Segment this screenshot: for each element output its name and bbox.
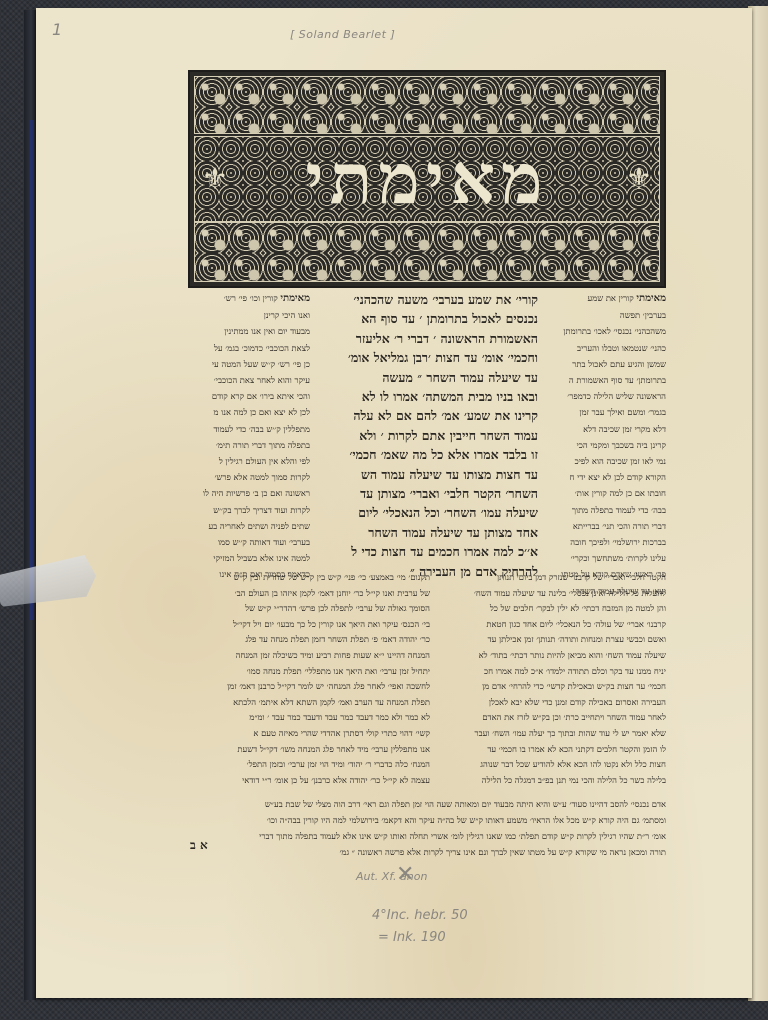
commentary-left-column: מאימתי קורין וכו׳ פי׳ רש׳ ואנו היכי קרינ… — [186, 290, 310, 583]
owner-pencil-note: [ Soland Bearlet ] — [290, 28, 395, 41]
mishnah-line: עד שיעלה עמוד השחר ״ מעשה — [316, 368, 538, 387]
commentary-line: בערבי׳ ועוד דאותה ק׳׳ש סמו — [186, 534, 310, 550]
printer-signature: א ב — [190, 838, 208, 853]
commentary-line: המנח׳ כלה כדברי ר׳ יהוד׳ ומיד הוי זמן ער… — [186, 757, 430, 773]
lower-commentary-left: תקנום׳ מי׳ באמצע׳ כי׳ פני׳ ק״ש בין ק״ש ש… — [186, 570, 430, 788]
bottom-commentary-block: אדם נכנסי׳ להסב דהיינו סעוד׳ ע״ש והיא הי… — [186, 796, 666, 860]
commentary-line: הסומך גאולה של ערבי׳ לתפלה לכן פרש׳ דהדר… — [186, 601, 430, 617]
commentary-line: ואנו היכי קרינן — [186, 307, 310, 323]
title-word: מאימתי — [235, 137, 619, 221]
commentary-line: בערבין׳ תפשה — [544, 307, 666, 323]
mishnah-line: קורי׳ את שמע בערבי׳ משעה שהכהני׳ — [316, 290, 538, 309]
commentary-line: תפלת המנחה עד הערב ואמ׳ לקמן השתא דלא אי… — [186, 695, 430, 711]
commentary-line: משהכהני׳ נכנסי׳ לאכו׳ בתרומתן — [544, 323, 666, 339]
commentary-line: עצמה לא קי״ל כר׳ יהודה אלא כרבנן׳ על כן … — [186, 773, 430, 789]
commentary-line: בבה׳ כדי לעמוד בתפלה מתוך — [544, 502, 666, 518]
commentary-line: שתים לפניה ושתים לאחריה בע — [186, 518, 310, 534]
commentary-line: לאחר עמוד השחר ויתחייב כרת׳ וכן בק״ש לזר… — [436, 710, 666, 726]
commentary-line: לכן לא יצא ואם כן למה אנו מ — [186, 404, 310, 420]
commentary-line: עלינו לקרות׳ משתחשך וכקרי׳ — [544, 550, 666, 566]
cataloguer-pencil-note: Aut. Xf. anon — [356, 870, 427, 883]
commentary-line: כר׳ יהודה דאמ׳ פ׳ תפלת השחר דזמן תפלת מנ… — [186, 632, 430, 648]
commentary-line: הראשונה שליש הלילה כדמפר׳ — [544, 388, 666, 404]
commentary-line: ראשונה ואם כן ב׳ פרשיות היה לו — [186, 485, 310, 501]
commentary-line: שמשן והגיע עתם לאכול בתר — [544, 356, 666, 372]
commentary-line: לא כמר ולא כמר דעבד כמר עבד ודעבד כמר עב… — [186, 710, 430, 726]
commentary-line: ואשם וכבשי עצרת ומנחות ותודה׳ תנותן׳ זמן… — [436, 632, 666, 648]
blue-bookmark-ribbon — [30, 120, 34, 620]
commentary-line: אנו מתפללין ערבי׳ מיד לאחר פלג המנחה משו… — [186, 742, 430, 758]
commentary-line: קרינן ביה בשכבך ומקמי הכי — [544, 437, 666, 453]
mishnah-line: שיעלה עמו׳ השחר׳ וכל הנאכלי׳ ליום — [316, 503, 538, 522]
commentary-line: לקרות ועוד דצריך לברך בק׳׳ש — [186, 502, 310, 518]
mishnah-line: קרינו את שמע׳ אמ׳ להם אם לא עלה — [316, 406, 538, 425]
commentary-line: נמי לאו זמן שכיבה הוא לפיכ — [544, 453, 666, 469]
mishnah-line: א׳׳כ למה אמרו חכמים עד חצות כדי ל — [316, 542, 538, 561]
commentary-line: והן למטה מן המזבח דכתי׳ לא ילין לבקר׳ חל… — [436, 601, 666, 617]
fleur-de-lis-icon: ⚜ — [195, 137, 235, 221]
commentary-line: חצות כלל ולא נקטו להו הכא אלא להודיע שכל… — [436, 757, 666, 773]
mishnah-line: נכנסים לאכול בתרומתן ׳ עד סוף הא — [316, 309, 538, 328]
commentary-line: ומסתמ׳ גם היה קורא ק״ש מכל אלו הראיו׳ מש… — [186, 812, 666, 828]
mishnah-line: האשמורת הראשונה ׳ דברי ר׳ אליעזר — [316, 329, 538, 348]
commentary-line: חובתו אם כן למה קורין אות׳ — [544, 485, 666, 501]
commentary-line: אדם נכנסי׳ להסב דהיינו סעוד׳ ע״ש והיא הי… — [186, 796, 666, 812]
commentary-right-column: מאימתי קורין את שמע בערבין׳ תפשה משהכהני… — [544, 290, 666, 599]
commentary-line: חכמי׳ עד חצות בק״ש ובאכילת קדשי׳ כדי להר… — [436, 679, 666, 695]
commentary-line: כן פי׳ רש׳ ק׳׳ש שעל המטה עי — [186, 356, 310, 372]
floral-ornament-band-bottom — [194, 222, 660, 282]
mishnah-line: השחר׳ הקטר חלבי׳ ואברי׳ מצותן עד — [316, 484, 538, 503]
shelfmark-note: 4°Inc. hebr. 50 — [372, 908, 468, 923]
mishnah-line: עד חצות מצותו עד שיעלה עמוד הש — [316, 465, 538, 484]
commentary-line: למטה אינו אלא בשביל המזיקי — [186, 550, 310, 566]
commentary-line: העבירה ואסרום באכילה קודם זמנן כדי שלא י… — [436, 695, 666, 711]
commentary-line: מתפללין ק׳׳ש בבה׳ כדי לעמוד — [186, 421, 310, 437]
mishnah-line: וחכמי׳ אומ׳ עד חצות ׳רבן גמליאל אומ׳ — [316, 348, 538, 367]
commentary-line: בתרומתן׳ עד סוף האשמורת ה — [544, 372, 666, 388]
mishnah-line: זו בלבד אמרו אלא כל מה שאמ׳ חכמי׳ — [316, 445, 538, 464]
commentary-line: קשי׳ דהוי כתרי קולי דסתרן אהדדי שהרי מאי… — [186, 726, 430, 742]
commentary-line: המנחה דהיינו י״א שעות פחות רביע ומיד כשי… — [186, 648, 430, 664]
commentary-line: קורין את שמע — [588, 293, 634, 303]
commentary-line: לו הזמן והקטר חלבים דקתני הכא לא אמרו בו… — [436, 742, 666, 758]
commentary-line: והכי איתא בירו׳ אם קרא קודם — [186, 388, 310, 404]
mishnah-line: אחד מצותן עד שיעלה עמוד השחר — [316, 523, 538, 542]
mishnah-line: ובאו בניו מבית המשתה׳ אמרו לו לא — [316, 387, 538, 406]
commentary-line: בלילה כשר כל הלילה והכי נמי תנן בפ״ב דמג… — [436, 773, 666, 789]
woodcut-title-frame: ⚜ מאימתי ⚜ — [188, 70, 666, 288]
mishnah-line: עמוד השחר חייבין אתם לקרות ׳ ולא — [316, 426, 538, 445]
commentary-line: כהני׳ שנטמאו וטבלו והעריב — [544, 340, 666, 356]
commentary-line: יניח ממנו עד בקר וכלם תתודה ילמדו׳ א״כ ל… — [436, 664, 666, 680]
commentary-line: מבעוד יום ואין אנו ממתינין — [186, 323, 310, 339]
commentary-line: דלא מקרי זמן שכיבה דלא — [544, 421, 666, 437]
commentary-line: בי׳ הכנס׳ עיקר ואת היאך אנו קורין כל כך … — [186, 617, 430, 633]
commentary-line: לצאת הכוכבי׳ כדמוכ׳ בגמ׳ על — [186, 340, 310, 356]
commentary-line: בברכות ירושלמי׳ ולפיכך חובה — [544, 534, 666, 550]
folio-number-note: 1 — [52, 20, 62, 39]
commentary-line: תורה ומכאן נראה מי שקורא ק״ש על מטתו שאי… — [186, 844, 666, 860]
title-row: ⚜ מאימתי ⚜ — [194, 136, 660, 222]
mishnah-column: קורי׳ את שמע בערבי׳ משעה שהכהני׳ נכנסים … — [316, 290, 538, 581]
commentary-headword: מאימתי — [636, 293, 666, 304]
commentary-line: שלא יאמר יש לי עוד שהות ובתוך כך יעלה עמ… — [436, 726, 666, 742]
commentary-line: לקרות סמוך למטה אלא פרש׳ — [186, 469, 310, 485]
commentary-line: עיקר והוא לאחר צאת הכוכבי׳ — [186, 372, 310, 388]
shelfmark-note-alt: = Ink. 190 — [378, 930, 446, 945]
commentary-line: הקורא קודם לכן לא יצא ידי ח — [544, 469, 666, 485]
commentary-line: קרבנו׳ אברי׳ של עולה׳ כל הנאכלי׳ ליום אח… — [436, 617, 666, 633]
commentary-line: אומ׳ ר״ת שהיו רגילין לקרות ק״ש קודם תפלת… — [186, 828, 666, 844]
commentary-line: של ערבית ואנו קי״ל כר׳ יוחנן דאמ׳ לקמן א… — [186, 586, 430, 602]
commentary-line: תקנום׳ מי׳ באמצע׳ כי׳ פני׳ ק״ש בין ק״ש ש… — [186, 570, 430, 586]
commentary-headword: מאימתי — [280, 293, 310, 304]
commentary-line: קורין וכו׳ פי׳ רש׳ — [224, 293, 278, 303]
commentary-line: דברי תורה והכי תני׳ בברייתא — [544, 518, 666, 534]
commentary-line: להעלות כל הלילה ואינן נפסלי׳ בלינה עד שי… — [436, 586, 666, 602]
commentary-line: לחשכה ואפי׳ לאחר פלג המנחה׳ יש לומר דקי״… — [186, 679, 430, 695]
lower-commentary-right: הקטר חלבי׳ ואברי׳ של קרבנו׳ שנזרק דמן בי… — [436, 570, 666, 788]
commentary-line: הקטר חלבי׳ ואברי׳ של קרבנו׳ שנזרק דמן בי… — [436, 570, 666, 586]
crossed-out-mark: ✕ — [396, 862, 414, 887]
commentary-line: בגמר׳ ומשם ואילך עבר זמן — [544, 404, 666, 420]
floral-ornament-band-top — [194, 76, 660, 134]
commentary-line: לפי והלא אין העולם רגילין ל — [186, 453, 310, 469]
commentary-line: בתפלה מתוך דברי תורה תימ׳ — [186, 437, 310, 453]
commentary-line: יתחיל זמן ערבי׳ ואת היאך אנו מתפללי׳ תפל… — [186, 664, 430, 680]
fleur-de-lis-icon: ⚜ — [619, 137, 659, 221]
commentary-line: שיעלה עמוד השח׳ והוא מביאן להיות נותר דכ… — [436, 648, 666, 664]
